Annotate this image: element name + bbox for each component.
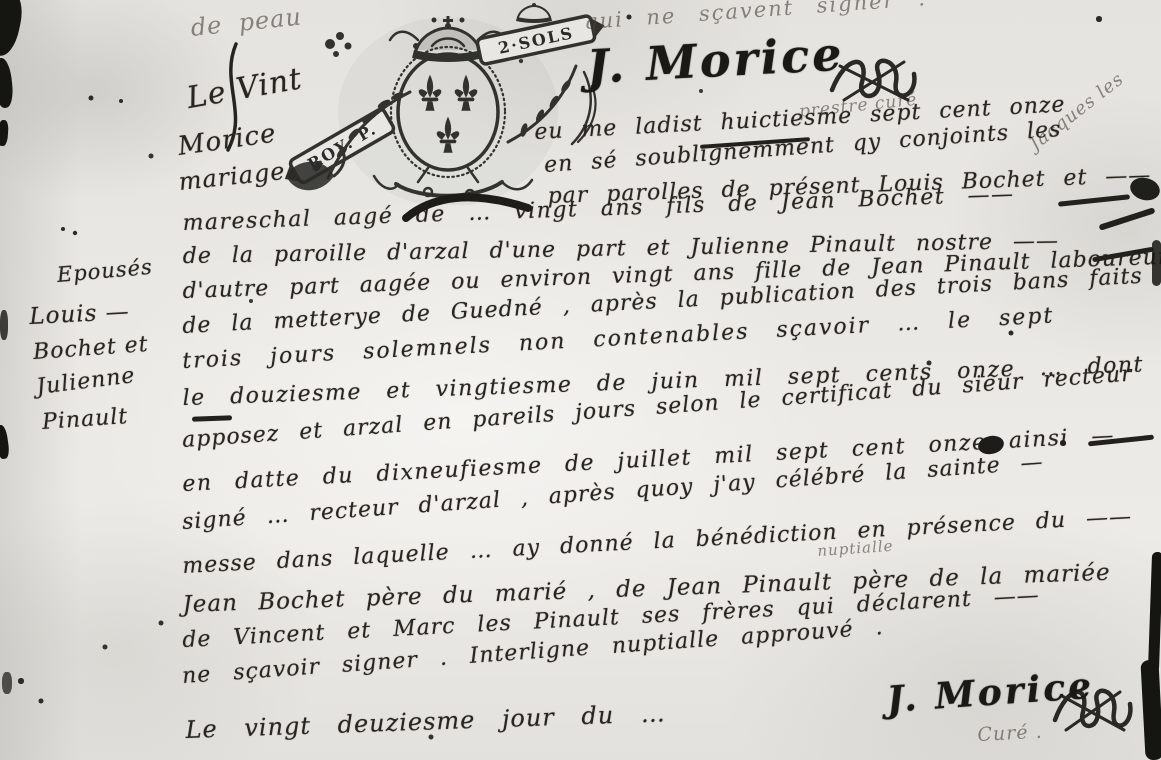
manuscript-page: ROY. P. 2·SOLS <box>0 0 1161 760</box>
margin-note-julienne: Julienne <box>35 365 136 399</box>
fragment-top-right: qui ne sçavent signer . <box>584 0 928 33</box>
edge-damage <box>0 57 15 109</box>
handwriting-line: mariage <box>177 159 286 194</box>
stamp-mini-crown <box>516 3 552 23</box>
ink-specks <box>0 0 2 2</box>
ink-dash <box>1098 207 1155 231</box>
edge-damage <box>0 120 9 147</box>
ink-underline <box>192 415 232 421</box>
signature-bottom-title: Curé . <box>977 723 1043 745</box>
ink-swash <box>402 192 534 226</box>
margin-note-louis: Louis — <box>29 301 130 329</box>
edge-damage <box>2 672 12 694</box>
ink-paraph <box>222 42 252 157</box>
margin-note-epouses: Epousés <box>56 257 153 286</box>
edge-damage <box>1148 552 1161 672</box>
signature-top: J. Morice <box>586 31 846 90</box>
edge-damage <box>0 0 26 58</box>
ink-dash <box>1058 194 1130 206</box>
edge-damage <box>1140 660 1161 760</box>
margin-note-pinault: Pinault <box>41 406 128 434</box>
edge-damage <box>0 424 10 459</box>
edge-damage <box>1152 240 1161 286</box>
stamp-floret <box>325 32 352 57</box>
handwriting-line: Le vingt deuziesme jour du … <box>185 701 666 742</box>
signature-bottom-flourish <box>1050 674 1142 748</box>
margin-note-bochet: Bochet et <box>32 334 149 364</box>
edge-damage <box>0 310 8 340</box>
